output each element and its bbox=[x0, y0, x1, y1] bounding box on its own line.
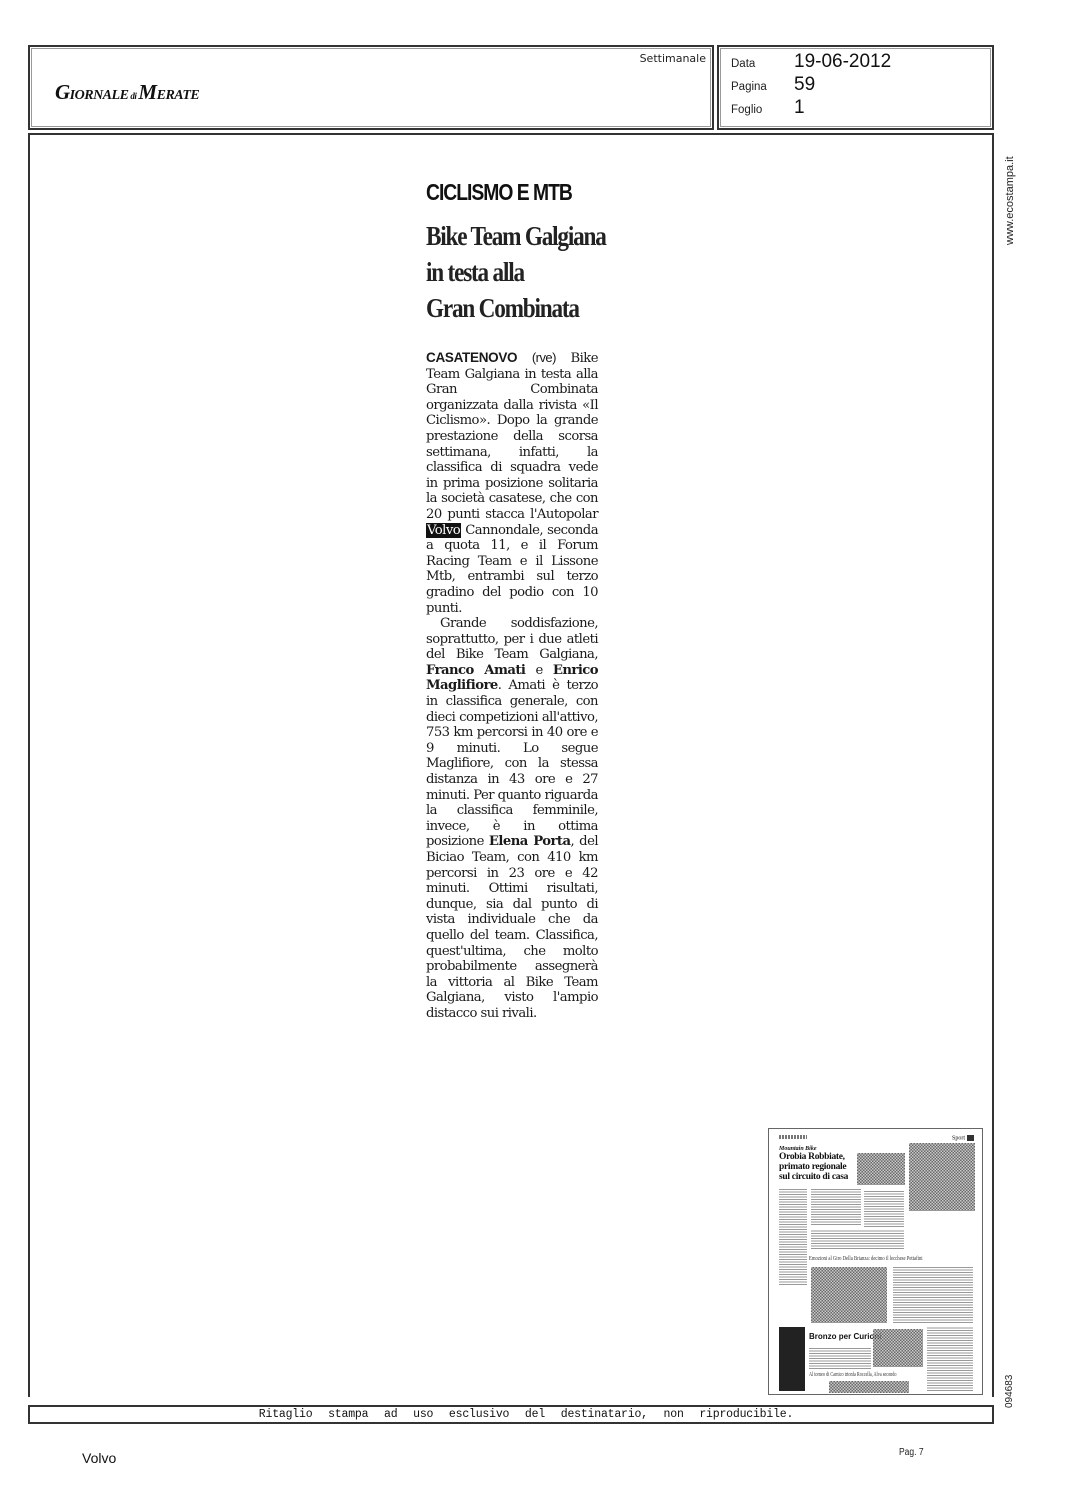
disclaimer-bar: Ritaglio stampa ad uso esclusivo del des… bbox=[28, 1405, 994, 1424]
thumb-column bbox=[809, 1347, 871, 1369]
thumb-bottom-headline: Al torneo di Carnico trionfa Roccella, A… bbox=[809, 1372, 896, 1378]
date-label: Data bbox=[731, 58, 794, 70]
publication-logo: GIORNALEdiMERATE bbox=[55, 80, 199, 105]
athlete-name: Franco Ama­ti bbox=[426, 663, 525, 678]
article: CICLISMO E MTB Bike Team Galgiana in tes… bbox=[426, 178, 598, 1022]
thumb-column bbox=[811, 1189, 861, 1225]
thumb-photo bbox=[873, 1329, 923, 1367]
meta-sheet-row: Foglio 1 bbox=[731, 97, 805, 119]
page-label: Pagina bbox=[731, 81, 794, 93]
meta-date-row: Data 19-06-2012 bbox=[731, 51, 891, 73]
paragraph-text: Bike Team Galgiana in testa alla Gran Co… bbox=[426, 351, 598, 522]
thumb-photo bbox=[857, 1153, 905, 1185]
meta-page-row: Pagina 59 bbox=[731, 74, 815, 96]
thumb-date-strip bbox=[779, 1135, 807, 1139]
thumb-subheadline: Emozioni al Giro Della Brianza: decimo i… bbox=[809, 1255, 923, 1262]
thumb-column bbox=[779, 1189, 807, 1285]
thumb-sidebar bbox=[779, 1327, 805, 1391]
thumb-photo bbox=[909, 1143, 975, 1211]
logo-initial2: M bbox=[138, 80, 156, 104]
client-name: Volvo bbox=[82, 1450, 116, 1466]
logo-word1: IORNALE bbox=[70, 88, 129, 103]
header-meta-box: Data 19-06-2012 Pagina 59 Foglio 1 bbox=[717, 45, 994, 130]
section-title: CICLISMO E MTB bbox=[426, 178, 570, 206]
thumb-bronze-headline: Bronzo per Curioni bbox=[809, 1332, 881, 1341]
logo-word2: ERATE bbox=[157, 88, 200, 103]
highlighted-keyword: Volvo bbox=[426, 523, 461, 538]
headline-line: Bike Team Galgiana bbox=[426, 218, 574, 254]
disclaimer-text: Ritaglio stampa ad uso esclusivo del des… bbox=[30, 1408, 992, 1421]
page-thumbnail: Sport Mountain Bike Orobia Robbiate, pri… bbox=[768, 1128, 983, 1395]
byline: (rve) bbox=[532, 350, 556, 365]
article-headline: Bike Team Galgiana in testa alla Gran Co… bbox=[426, 218, 574, 326]
header-masthead-box: GIORNALEdiMERATE Settimanale bbox=[28, 45, 714, 130]
paragraph-text: , del Biciao Team, con 410 km percorsi i… bbox=[426, 834, 598, 1021]
paragraph-text: Grande soddisfazio­ne, soprattutto, per … bbox=[426, 616, 598, 662]
thumb-column bbox=[927, 1327, 973, 1391]
thumb-column bbox=[811, 1229, 904, 1249]
headline-line: in testa alla bbox=[426, 254, 574, 290]
paragraph-1: CASATENOVO (rve) Bike Team Galgiana in t… bbox=[426, 350, 598, 616]
article-body: CASATENOVO (rve) Bike Team Galgiana in t… bbox=[426, 350, 598, 1022]
ecostampa-url: www.ecostampa.it bbox=[1004, 156, 1016, 245]
dateline: CASATENOVO bbox=[426, 350, 517, 365]
athlete-name: Elena Porta bbox=[489, 834, 571, 849]
logo-initial: G bbox=[55, 80, 70, 104]
date-value: 19-06-2012 bbox=[794, 51, 891, 73]
headline-line: Gran Combinata bbox=[426, 290, 574, 326]
thumb-column bbox=[864, 1191, 904, 1227]
page-value: 59 bbox=[794, 74, 815, 96]
sheet-label: Foglio bbox=[731, 104, 794, 116]
page-number: Pag. 7 bbox=[899, 1447, 924, 1458]
thumb-headline: Orobia Robbiate, primato regionale sul c… bbox=[779, 1152, 859, 1182]
thumb-photo bbox=[811, 1267, 887, 1323]
logo-di: di bbox=[130, 91, 136, 101]
sheet-value: 1 bbox=[794, 97, 805, 119]
thumb-section-label: Sport bbox=[952, 1135, 974, 1141]
thumb-column bbox=[893, 1267, 973, 1323]
paragraph-text: e bbox=[525, 663, 553, 678]
paragraph-text: . Amati è terzo in clas­sifica generale,… bbox=[426, 678, 598, 849]
paragraph-2: Grande soddisfazio­ne, soprattutto, per … bbox=[426, 616, 598, 1021]
publication-frequency: Settimanale bbox=[640, 52, 706, 65]
thumb-photo bbox=[829, 1381, 909, 1393]
clipping-code: 094683 bbox=[1004, 1375, 1015, 1408]
